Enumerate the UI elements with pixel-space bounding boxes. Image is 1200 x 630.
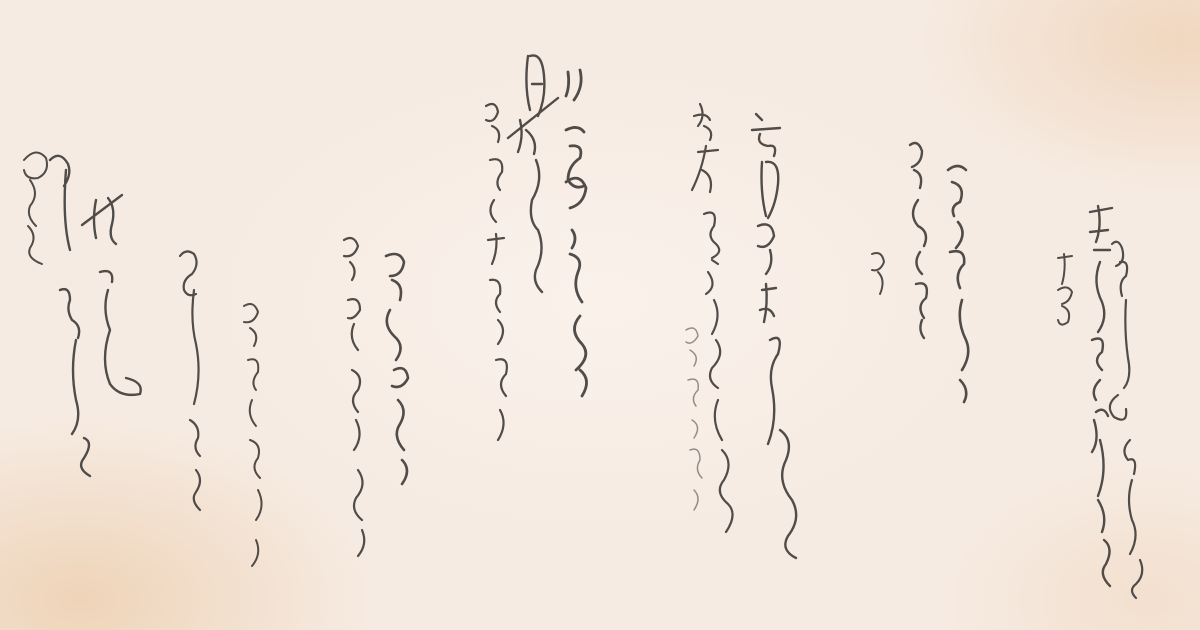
calligraphy-column-4 [948,166,968,402]
calligraphy-column-3 [1058,254,1072,325]
calligraphy-column-2 [1090,206,1112,586]
calligraphy-column-14 [344,238,364,556]
calligraphy-column-19 [24,152,47,264]
calligraphy-paper [0,0,1200,630]
calligraphy-column-10 [566,70,587,396]
calligraphy-column-6 [872,253,884,294]
calligraphy-column-16 [180,251,200,510]
calligraphy-column-18 [50,156,90,476]
calligraphy-column-9 [686,328,702,510]
calligraphy-column-15 [244,304,262,566]
calligraphy-column-17 [82,195,141,395]
calligraphy-column-12 [486,104,507,440]
calligraphy-column-5 [910,143,927,338]
calligraphy-column-13 [386,254,408,484]
calligraphy-column-7 [752,114,796,558]
calligraphy-column-11 [508,55,558,292]
calligraphy-column-1 [1110,242,1142,598]
calligraphy-ink-layer [0,0,1200,630]
